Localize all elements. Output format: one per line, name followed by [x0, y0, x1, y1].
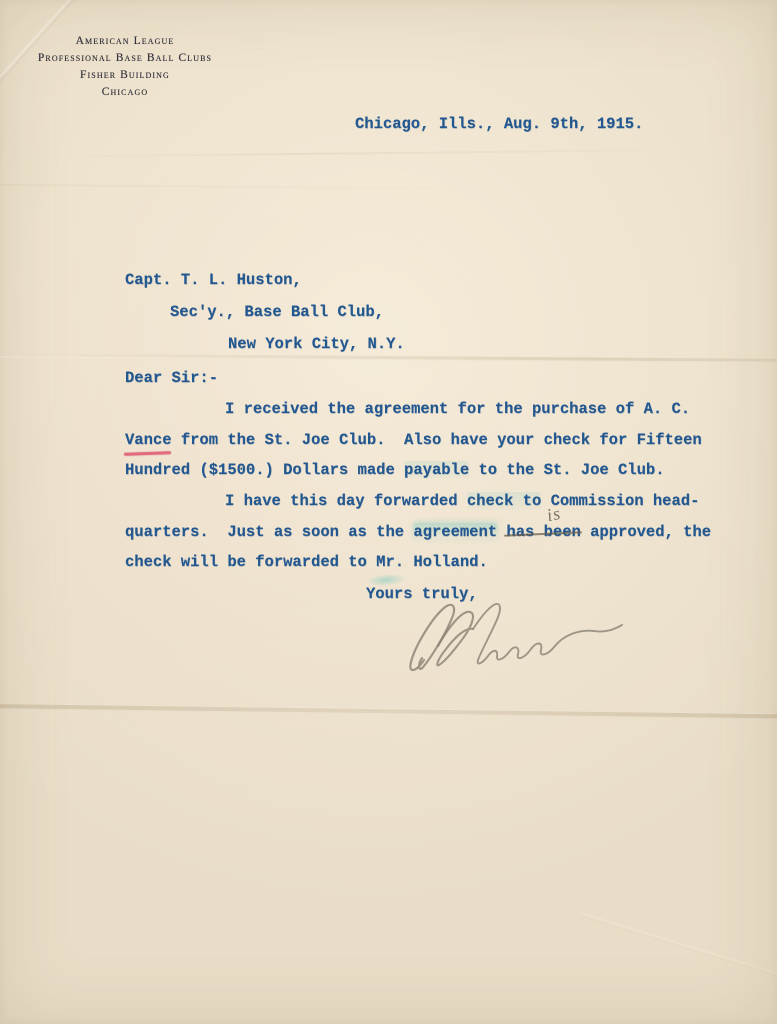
dateline: Chicago, Ills., Aug. 9th, 1915.: [355, 115, 643, 134]
letter-page: American League Professional Base Ball C…: [0, 0, 777, 1024]
signature-scrawl: [402, 596, 627, 681]
body-text: from the St. Joe Club. Also have your ch…: [172, 431, 702, 449]
struck-words-has-been: has beenis: [506, 523, 580, 542]
salutation: Dear Sir:-: [125, 369, 218, 388]
letterhead-line-clubs: Professional Base Ball Clubs: [14, 50, 236, 67]
recipient-name: Capt. T. L. Huston,: [125, 271, 302, 290]
underlined-word-vance: Vance: [125, 431, 172, 450]
fold-crease-bottom: [0, 703, 777, 719]
body-text: quarters. Just as soon as the: [125, 523, 413, 541]
corner-crease-bottom-right: [580, 913, 777, 996]
letterhead-line-league: American League: [14, 33, 236, 50]
body-text: I have this day forwarded: [225, 492, 467, 510]
body-line-p1-2: Vance from the St. Joe Club. Also have y…: [125, 431, 702, 450]
fold-crease-middle: [0, 353, 777, 362]
letterhead: American League Professional Base Ball C…: [14, 33, 236, 101]
body-text: approved, the: [581, 523, 711, 541]
letterhead-line-building: Fisher Building: [14, 67, 236, 84]
body-line-p2-2: quarters. Just as soon as the agreement …: [125, 523, 711, 542]
teal-smudged-word-payable: payable: [404, 461, 469, 479]
wrinkle-upper: [40, 148, 740, 157]
wrinkle-upper-2: [0, 184, 500, 190]
word-vance: Vance: [125, 431, 172, 449]
body-line-p2-3: check will be forwarded to Mr. Holland.: [125, 553, 488, 572]
teal-smudged-word-agreement: agreement: [413, 523, 497, 541]
body-line-p1-3: Hundred ($1500.) Dollars made payable to…: [125, 461, 665, 480]
letterhead-line-city: Chicago: [14, 84, 236, 101]
recipient-title: Sec'y., Base Ball Club,: [170, 303, 384, 322]
body-line-p2-1: I have this day forwarded check to Commi…: [225, 492, 699, 511]
teal-smudged-words-check-to: check to: [467, 492, 541, 510]
red-pencil-underline-mark: [124, 451, 171, 455]
recipient-city: New York City, N.Y.: [228, 335, 405, 354]
body-text: Commission head-: [541, 492, 699, 510]
body-text: to the St. Joe Club.: [469, 461, 664, 479]
body-line-p1-1: I received the agreement for the purchas…: [225, 400, 690, 419]
body-text: Hundred ($1500.) Dollars made: [125, 461, 404, 479]
body-text: [497, 523, 506, 541]
